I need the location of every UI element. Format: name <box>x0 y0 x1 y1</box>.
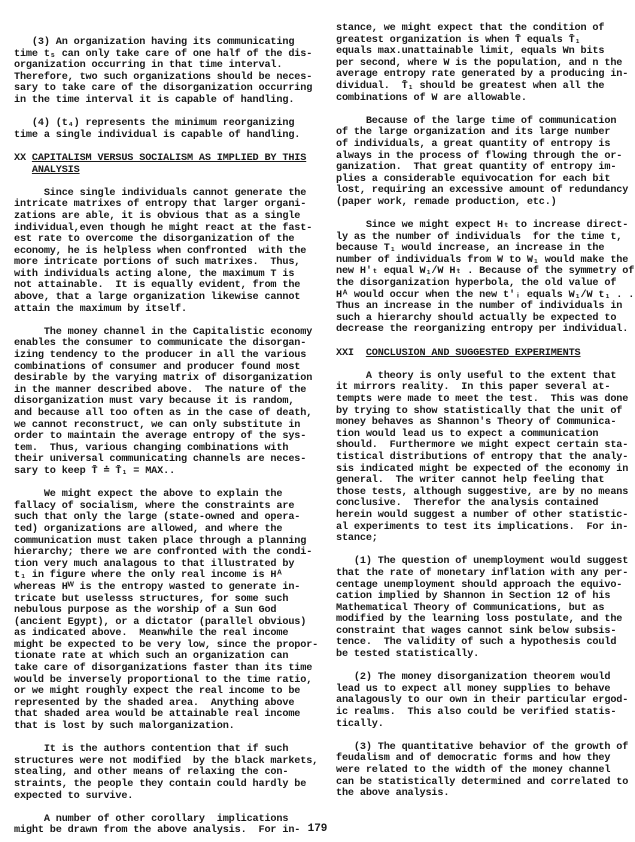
text-line: intricate matrixes of entropy that large… <box>14 199 309 211</box>
text-line: in the manner described above. The natur… <box>14 385 309 397</box>
text-line: nebulous purpose as the worship of a Sun… <box>14 605 309 617</box>
text-line: such a hierarchy should actually be expe… <box>336 313 626 325</box>
left-column: (3) An organization having its communica… <box>14 37 309 837</box>
text-line: XXI CONCLUSION AND SUGGESTED EXPERIMENTS <box>336 348 626 360</box>
paragraph-gap <box>336 359 626 371</box>
text-line: because T₁ would increase, an increase i… <box>336 243 626 255</box>
section-heading: XXI CONCLUSION AND SUGGESTED EXPERIMENTS <box>336 348 626 360</box>
text-line: the disorganization hyperbola, the old v… <box>336 278 626 290</box>
text-line: analagously to our own in their particul… <box>336 695 626 707</box>
text-line: tempts were made to meet the test. This … <box>336 394 626 406</box>
text-line: combinations of W are allowable. <box>336 93 626 105</box>
text-line: with individuals acting alone, the maxim… <box>14 269 309 281</box>
text-line: constraint that wages cannot sink below … <box>336 626 626 638</box>
text-line: lost, requiring an excessive amount of r… <box>336 185 626 197</box>
text-line: money behaves as Shannon's Theory of Com… <box>336 417 626 429</box>
paragraph-gap <box>336 661 626 673</box>
text-line: (paper work, remade production, etc.) <box>336 197 626 209</box>
paragraph-gap <box>336 730 626 742</box>
text-line: straints, the people they contain could … <box>14 779 309 791</box>
text-line: centage unemployment should approach the… <box>336 580 626 592</box>
text-line: tion very much analagous to that illustr… <box>14 559 309 571</box>
text-line: plies a considerable equivocation for ea… <box>336 174 626 186</box>
text-line: Mathematical Theory of Communications, b… <box>336 603 626 615</box>
text-line: al experiments to test its implications.… <box>336 522 626 534</box>
text-line: order to maintain the average entropy of… <box>14 431 309 443</box>
text-line: ly as the number of individuals for the … <box>336 232 626 244</box>
text-line: per second, where W is the population, a… <box>336 58 626 70</box>
text-line: XX CAPITALISM VERSUS SOCIALISM AS IMPLIE… <box>14 153 309 165</box>
text-line: conclusive. Therefor the analysis contai… <box>336 498 626 510</box>
paragraph: (3) An organization having its communica… <box>14 37 309 107</box>
text-line: Therefore, two such organizations should… <box>14 72 309 84</box>
text-line: as indicated above. Meanwhile the real i… <box>14 628 309 640</box>
text-line: fallacy of socialism, where the constrai… <box>14 501 309 513</box>
text-line: and because all too often as in the case… <box>14 408 309 420</box>
text-line: equals max.unattainable limit, equals Wn… <box>336 46 626 58</box>
text-line: ANALYSIS <box>14 165 309 177</box>
text-line: combinations of consumer and producer fo… <box>14 362 309 374</box>
text-line: sis indicated might be expected of the e… <box>336 464 626 476</box>
text-line: were related to the width of the money c… <box>336 765 626 777</box>
text-line: A theory is only useful to the extent th… <box>336 371 626 383</box>
text-line: hierarchy; there we are confronted with … <box>14 547 309 559</box>
text-line: time a single individual is capable of h… <box>14 130 309 142</box>
text-line: tence. The validity of such a hypothesis… <box>336 637 626 649</box>
text-line: might be expected to be very low, since … <box>14 640 309 652</box>
text-line: tistical distributions of entropy that t… <box>336 452 626 464</box>
paragraph-gap <box>336 545 626 557</box>
text-line: tionate rate at which such an organizati… <box>14 651 309 663</box>
text-line: new H′ₜ equal W₁/W Hₜ . Because of the s… <box>336 266 626 278</box>
text-line: ted) organizations are allowed, and wher… <box>14 524 309 536</box>
paragraph: (3) The quantitative behavior of the gro… <box>336 742 626 800</box>
text-line: t₁ in figure where the only real income … <box>14 570 309 582</box>
text-line: stance; <box>336 533 626 545</box>
text-line: it mirrors reality. In this paper severa… <box>336 382 626 394</box>
text-line: economy, he is helpless when confronted … <box>14 246 309 258</box>
text-line: we cannot reconstruct, we can only subst… <box>14 420 309 432</box>
paragraph-gap <box>14 733 309 745</box>
paragraph-gap <box>14 802 309 814</box>
paragraph: (4) (t₄) represents the minimum reorgani… <box>14 118 309 141</box>
text-line: of the large organization and its large … <box>336 127 626 139</box>
text-line: attain the maximum by itself. <box>14 304 309 316</box>
paragraph-gap <box>336 336 626 348</box>
paragraph-gap <box>14 141 309 153</box>
paragraph-gap <box>14 478 309 490</box>
text-line: (2) The money disorganization theorem wo… <box>336 672 626 684</box>
text-line: (4) (t₄) represents the minimum reorgani… <box>14 118 309 130</box>
text-line: ic realms. This also could be verified s… <box>336 707 626 719</box>
text-line: sary to keep T̄ ≐ T̄₁ = MAX.. <box>14 466 309 478</box>
text-line: Hᴬ would occur when the new t′ᵢ equals W… <box>336 290 626 302</box>
right-column: stance, we might expect that the conditi… <box>336 23 626 800</box>
text-line: general. The writer cannot help feeling … <box>336 475 626 487</box>
text-line: tricate but uselesss structures, for som… <box>14 594 309 606</box>
text-line: izing tendency to the producer in all th… <box>14 350 309 362</box>
text-line: decrease the reorganizing entropy per in… <box>336 324 626 336</box>
text-line: disorganization must vary because it is … <box>14 396 309 408</box>
text-line: tically. <box>336 719 626 731</box>
paragraph: Because of the large time of communicati… <box>336 116 626 209</box>
text-line: zations are able, it is obvious that as … <box>14 211 309 223</box>
paragraph: A theory is only useful to the extent th… <box>336 371 626 545</box>
text-line: organization occurring in that time inte… <box>14 60 309 72</box>
section-heading: XX CAPITALISM VERSUS SOCIALISM AS IMPLIE… <box>14 153 309 176</box>
text-line: in the time interval it is capable of ha… <box>14 95 309 107</box>
paragraph-gap <box>336 104 626 116</box>
text-line: communication must taken place through a… <box>14 536 309 548</box>
text-line: structures were not modified by the blac… <box>14 756 309 768</box>
text-line: above, that a large organization likewis… <box>14 292 309 304</box>
text-line: Because of the large time of communicati… <box>336 116 626 128</box>
paragraph: Since we might expect Hₜ to increase dir… <box>336 220 626 336</box>
text-line: number of individuals from W to W₁ would… <box>336 255 626 267</box>
text-line: sary to take care of the disorganization… <box>14 83 309 95</box>
paragraph: It is the authors contention that if suc… <box>14 744 309 802</box>
text-line: modified by the learning loss postulate,… <box>336 614 626 626</box>
text-line: average entropy rate generated by a prod… <box>336 69 626 81</box>
text-line: Thus an increase in the number of indivi… <box>336 301 626 313</box>
text-line: Since we might expect Hₜ to increase dir… <box>336 220 626 232</box>
paragraph: We might expect the above to explain the… <box>14 489 309 732</box>
text-line: (1) The question of unemployment would s… <box>336 556 626 568</box>
text-line: take care of disorganizations faster tha… <box>14 663 309 675</box>
text-line: that the rate of monetary inflation with… <box>336 568 626 580</box>
text-line: can be statistically determined and corr… <box>336 777 626 789</box>
text-line: (3) The quantitative behavior of the gro… <box>336 742 626 754</box>
paragraph-gap <box>14 315 309 327</box>
text-line: whereas Hᵂ is the entropy wasted to gene… <box>14 582 309 594</box>
text-line: feudalism and of democratic forms and ho… <box>336 753 626 765</box>
paragraph: The money channel in the Capitalistic ec… <box>14 327 309 478</box>
text-line: that is lost by such malorganization. <box>14 721 309 733</box>
text-line: or we might roughly expect the real inco… <box>14 686 309 698</box>
text-line: should. Furthermore we might expect cert… <box>336 440 626 452</box>
paragraph-gap <box>14 107 309 119</box>
text-line: enables the consumer to communicate the … <box>14 338 309 350</box>
text-line: stealing, and other means of relaxing th… <box>14 767 309 779</box>
paragraph-gap <box>336 209 626 221</box>
text-line: (3) An organization having its communica… <box>14 37 309 49</box>
text-line: The money channel in the Capitalistic ec… <box>14 327 309 339</box>
text-line: We might expect the above to explain the <box>14 489 309 501</box>
text-line: greatest organization is when T̄ equals … <box>336 35 626 47</box>
text-line: cation implied by Shannon in Section 12 … <box>336 591 626 603</box>
text-line: herein would suggest a number of other s… <box>336 510 626 522</box>
text-line: the above analysis. <box>336 788 626 800</box>
text-line: by trying to show statistically that the… <box>336 406 626 418</box>
paragraph: (2) The money disorganization theorem wo… <box>336 672 626 730</box>
text-line: stance, we might expect that the conditi… <box>336 23 626 35</box>
text-line: ganization. That great quantity of entro… <box>336 162 626 174</box>
text-line: time t₅ can only take care of one half o… <box>14 49 309 61</box>
text-line: represented by the shaded area. Anything… <box>14 698 309 710</box>
text-line: not attainable. It is equally evident, f… <box>14 280 309 292</box>
text-line: such that only the large (state-owned an… <box>14 512 309 524</box>
text-line: of individuals, a great quantity of entr… <box>336 139 626 151</box>
text-line: be tested statistically. <box>336 649 626 661</box>
text-line: that shaded area would be attainable rea… <box>14 709 309 721</box>
text-line: Since single individuals cannot generate… <box>14 188 309 200</box>
text-line: tion would lead us to expect a communica… <box>336 429 626 441</box>
text-line: expected to survive. <box>14 791 309 803</box>
text-line: their universal communicating channels a… <box>14 454 309 466</box>
text-line: those tests, although suggestive, are by… <box>336 487 626 499</box>
text-line: always in the process of flowing through… <box>336 151 626 163</box>
paragraph: (1) The question of unemployment would s… <box>336 556 626 660</box>
text-line: would be inversely proportional to the t… <box>14 675 309 687</box>
text-line: dividual. T̄₁ should be greatest when al… <box>336 81 626 93</box>
page-number: 179 <box>0 823 635 835</box>
paragraph: stance, we might expect that the conditi… <box>336 23 626 104</box>
text-line: more intricate portions of such matrixes… <box>14 257 309 269</box>
text-line: It is the authors contention that if suc… <box>14 744 309 756</box>
text-line: est rate to overcome the disorganization… <box>14 234 309 246</box>
paragraph: Since single individuals cannot generate… <box>14 188 309 316</box>
paragraph-gap <box>14 176 309 188</box>
text-line: lead us to expect all money supplies to … <box>336 684 626 696</box>
text-line: desirable by the varying matrix of disor… <box>14 373 309 385</box>
text-line: (ancient Egypt), or a dictator (parallel… <box>14 617 309 629</box>
text-line: tem. Thus, various changing combinations… <box>14 443 309 455</box>
text-line: individual,even though he might react at… <box>14 223 309 235</box>
